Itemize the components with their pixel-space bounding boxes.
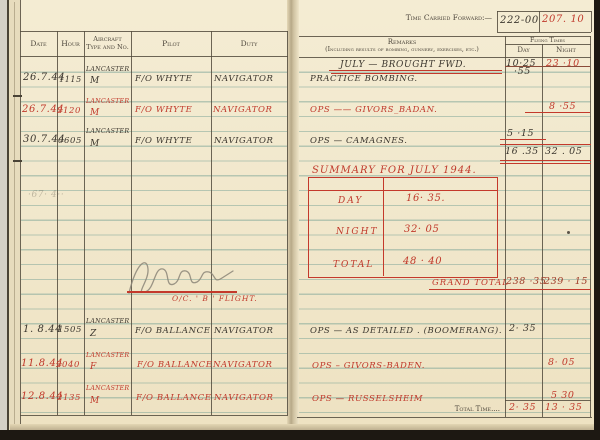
right-table-bottom [297,417,592,418]
entry-aircraft-letter: M [90,108,100,118]
right-table-right [590,36,591,417]
grand-total-night: 239 · 15 [544,276,588,287]
left-header-top [20,31,288,32]
grand-total-day: 238 ·35 [506,276,546,287]
col-line-pilot [131,31,132,415]
entry-aircraft-letter: M [90,76,100,86]
carried-forward-night: 207. 10 [542,14,584,25]
header-night: Night [542,46,590,54]
entry-remarks: PRACTICE BOMBING. [310,74,418,84]
summary-day-label: DAY [338,196,363,206]
entry-day-time: 5 ·15 [507,128,534,139]
grand-total-label: GRAND TOTAL [432,278,509,288]
entry-pilot: F/O WHYTE [135,105,192,115]
entry-aircraft-letter: Z [90,329,97,339]
margin-tick [13,160,22,162]
july-total-night: 32 . 05 [545,146,582,157]
cf-box-right [591,11,592,32]
binding-gutter [287,0,299,427]
cf-box-bottom [497,32,591,33]
entry-remarks: OPS —— GIVORS_BADAN. [310,105,437,115]
header-hour: Hour [57,39,84,48]
faint-pencil-mark: ·67· 4·· [28,190,64,200]
entry-remarks: OPS — AS DETAILED . (BOOMERANG). [310,326,502,336]
summary-total-value: 48 · 40 [403,256,442,267]
total-time-night: 13 · 35 [545,402,582,413]
entry-night-time: 8· 05 [548,357,575,368]
entry-aircraft-letter: F [90,362,97,372]
summary-night-label: NIGHT [336,227,378,237]
header-duty: Duty [211,39,287,48]
entry-hour: 0605 [58,136,82,146]
summary-box-divider [383,177,384,276]
entry-aircraft-letter: M [90,396,100,406]
summary-total-label: TOTAL [333,260,374,270]
header-aircraft-1: Aircraft [84,35,131,43]
entry-remarks: OPS – GIVORS-BADEN. [312,361,425,371]
entry-duty: NAVIGATOR [213,360,273,370]
total-time-label: Total Time.... [420,405,500,413]
entry-aircraft-type: LANCASTER [86,352,129,359]
entry-hour: 1505 [58,325,82,335]
totals-band-bottom-1 [500,160,591,161]
entry-duty: NAVIGATOR [214,136,274,146]
entry-remarks: OPS — RUSSELSHEIM [312,394,423,404]
header-aircraft-2: Type and No. [84,43,131,51]
entry-duty: NAVIGATOR [214,74,274,84]
header-pilot: Pilot [131,39,211,48]
entry-hour: 2040 [56,360,80,370]
entry-aircraft-type: LANCASTER [86,66,129,73]
entry-hour: 2135 [57,393,81,403]
totals-band-bottom-2 [500,163,591,164]
entry-duty: NAVIGATOR [214,326,274,336]
col-line-duty [211,31,212,415]
page-stack-left-line [7,0,9,434]
total-time-topline [505,400,591,401]
header-remarks-sub: (Including results of bombing, gunnery, … [299,46,505,53]
header-date: Date [20,39,57,48]
summary-box-inner-line [308,190,497,191]
page-stack-left-line2 [14,2,15,432]
cf-box-left [497,11,498,32]
entry-hour: 2120 [57,106,81,116]
left-table-bottom [20,415,288,416]
july-total-day: 16 .35 [505,146,539,157]
entry-hour: 1115 [59,75,82,84]
entry-aircraft-type: LANCASTER [86,318,129,325]
entry-duty: NAVIGATOR [213,105,273,115]
entry-pilot: F/O BALLANCE [137,360,213,370]
entry-day-time: ·55 [514,66,531,77]
entry-pilot: F/O WHYTE [135,136,192,146]
col-line-aircraft [84,31,85,415]
photo-background-right-edge [594,0,600,440]
day-total-underline [500,139,546,140]
entry-pilot: F/O BALLANCE [136,393,212,403]
grand-total-underline [429,289,591,290]
entry-aircraft-type: LANCASTER [86,128,129,135]
brought-forward-night: 23 ·10 [546,58,580,69]
header-flying-times: Flying Times [505,37,590,44]
entry-day-time: 2· 35 [509,323,536,334]
entry-duty: NAVIGATOR [214,393,274,403]
summary-day-value: 16· 35. [406,193,445,204]
header-day: Day [505,46,542,54]
entry-remarks: OPS — CAMAGNES. [310,136,408,146]
summary-night-value: 32· 05 [404,224,439,235]
margin-tick [13,95,22,97]
entry-aircraft-type: LANCASTER [86,385,129,392]
summary-title: SUMMARY FOR JULY 1944. [312,165,477,176]
brought-forward-remark: JULY — BROUGHT FWD. [340,60,466,70]
header-remarks: Remarks [299,38,505,46]
totals-band-top [500,144,591,145]
brought-forward-underline-1 [329,70,502,71]
col-line-times [505,36,506,417]
flying-times-divider [505,44,591,45]
signature-line [127,291,237,293]
entry-date: 1. 8.44 [23,324,62,335]
entry-pilot: F/O BALLANCE [135,326,211,336]
cf-box-top [497,11,591,12]
cf-box-mid [539,11,540,32]
carried-forward-day: 222-00 [500,15,539,26]
entry-night-time: 8 ·55 [549,101,576,112]
logbook-photo: Time Carried Forward:— 222-00 207. 10 Da… [0,0,600,440]
entry-aircraft-type: LANCASTER [86,98,129,105]
entry-pilot: F/O WHYTE [135,74,192,84]
col-line-day-night [542,44,543,417]
left-header-bottom [20,56,288,57]
carried-forward-label: Time Carried Forward:— [372,13,492,22]
signature-caption: O/C. ' B ' FLIGHT. [172,294,258,303]
ink-speck [567,231,570,234]
photo-background-bottom [0,430,600,440]
entry-aircraft-letter: M [90,139,100,149]
entry-night-time: 5 30 [551,390,575,401]
night-time-underline [525,112,590,113]
left-table-right [287,31,288,415]
total-time-day: 2· 35 [509,402,536,413]
